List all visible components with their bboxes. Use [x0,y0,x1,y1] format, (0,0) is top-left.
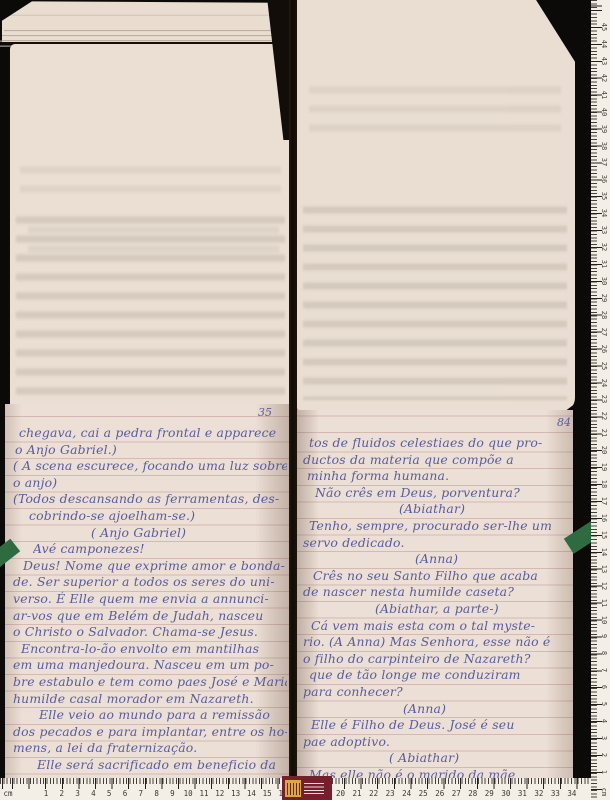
handwritten-line: Elle veio ao mundo para a remissão [39,707,287,724]
ruler-label: 1 [600,766,608,778]
ruler-label: 6 [123,789,128,798]
ruler-label: 32 [534,789,543,798]
handwritten-line: chegava, cai a pedra frontal e apparece [19,425,287,442]
handwritten-line: dos pecados e para implantar, entre os h… [13,724,287,741]
handwritten-line: (Anna) [403,701,571,718]
ruler-label: 34 [567,789,576,798]
bleedthrough-text [16,210,285,406]
ruler-label: 35 [600,190,608,202]
handwritten-line: ( A scena escurece, focando uma luz sobr… [13,458,287,475]
handwritten-line: o Christo o Salvador. Chama-se Jesus. [13,624,287,641]
ruler-label: 10 [184,789,193,798]
handwritten-line: (Abiathar, a parte-) [375,601,571,618]
archive-stamp [282,776,332,800]
blank-verso-page-right [297,0,575,412]
handwritten-line: tos de fluidos celestiaes do que pro- [309,435,571,452]
ruler-label: 34 [600,207,608,219]
ruler-label: 42 [600,72,608,84]
ruler-label: 3 [75,789,80,798]
bleedthrough-text [309,80,561,136]
ruler-label: 24 [600,377,608,389]
ruler-label: 19 [600,461,608,473]
ruler-label: 27 [452,789,461,798]
ruler-label: 17 [600,495,608,507]
handwritten-line: que de tão longe me conduziram [309,667,571,684]
ruler-label: 27 [600,326,608,338]
manuscript-page-right: 84 tos de fluidos celestiaes do que pro-… [297,410,573,778]
handwritten-line: Crês no seu Santo Filho que acaba [313,568,571,585]
handwritten-line: bre estabulo e tem como paes José e Mari… [13,674,287,691]
ruler-label: 1 [44,789,49,798]
ruler-label: 26 [600,343,608,355]
ruler-label: 20 [600,444,608,456]
handwritten-line: minha forma humana. [307,468,571,485]
handwritten-line: o anjo) [13,475,287,492]
ruler-label: 25 [419,789,428,798]
ruler-label: 38 [600,140,608,152]
ruler-label: 10 [600,614,608,626]
ruler-label: 9 [600,630,608,642]
ruler-label: 28 [600,309,608,321]
page-edge-line [2,35,283,37]
ruler-label: 8 [600,647,608,659]
ruler-label: 18 [600,478,608,490]
ruler-label: 21 [353,789,362,798]
ruler-label: 41 [600,89,608,101]
ruler-label: 29 [485,789,494,798]
scale-ruler-vertical: 4544434241403938373635343332313029282726… [591,0,610,800]
ruler-label: 22 [600,410,608,422]
handwritten-line: Elle é Filho de Deus. José é seu [311,717,571,734]
ruler-label: 26 [435,789,444,798]
stacked-page-edge [2,16,284,42]
ruler-label: 39 [600,123,608,135]
handwritten-line: pae adoptivo. [303,734,571,751]
ruler-label: 11 [600,597,608,609]
handwritten-line: servo dedicado. [303,535,571,552]
ruler-label: 37 [600,156,608,168]
ruler-label: 14 [247,789,256,798]
handwritten-line: Elle será sacrificado em beneficio da [37,757,287,774]
handwritten-line: (Anna) [415,551,571,568]
handwritten-line: o Anjo Gabriel.) [15,442,287,459]
ruler-label: cm [3,789,12,798]
ruler-label: 31 [600,258,608,270]
page-number-left: 35 [258,406,272,419]
ruler-label: 16 [600,512,608,524]
bleedthrough-text [303,200,567,400]
ruler-label: 29 [600,292,608,304]
handwritten-line: em uma manjedoura. Nasceu em um po- [13,657,287,674]
ruler-label: 22 [369,789,378,798]
blank-verso-page-left [10,44,289,408]
ruler-label: 7 [139,789,144,798]
handwritten-line: ductos da materia que compõe a [303,452,571,469]
ruler-label: 30 [600,275,608,287]
ruler-label: 2 [600,749,608,761]
page-number-right: 84 [557,416,571,429]
ruler-label: 40 [600,106,608,118]
handwritten-line: ( Abiathar) [389,750,571,767]
handwritten-line: (Todos descansando as ferramentas, des- [13,491,287,508]
ruler-label: 33 [551,789,560,798]
handwritten-line: Cá vem mais esta com o tal myste- [311,618,571,635]
handwritten-line: cobrindo-se ajoelham-se.) [29,508,287,525]
page-edge-line [4,30,282,32]
handwritten-line: ar-vos que em Belém de Judah, nasceu [13,608,287,625]
handwritten-line: Deus! Nome que exprime amor e bonda- [23,558,287,575]
ruler-label: 15 [263,789,272,798]
handwritten-line: mens, a lei da fraternização. [13,740,287,757]
ruler-label: 4 [600,715,608,727]
ruler-label: 20 [336,789,345,798]
ruler-label: 44 [600,38,608,50]
ruler-label: 45 [600,21,608,33]
handwritten-line: humilde casal morador em Nazareth. [13,691,287,708]
handwritten-line: (Abiathar) [399,501,571,518]
ruler-label: 4 [91,789,96,798]
ruler-label: 13 [600,563,608,575]
ruler-label: 14 [600,546,608,558]
ruler-label: 6 [600,681,608,693]
manuscript-page-left: 35 chegava, cai a pedra frontal e appare… [5,404,289,778]
ruler-label: 28 [468,789,477,798]
handwritten-line: Encontra-lo-ão envolto em mantilhas [21,641,287,658]
ruler-label: 7 [600,664,608,676]
ruler-label: 43 [600,55,608,67]
page-edge-line [0,40,284,42]
ruler-label: 2 [60,789,65,798]
ruler-label: 8 [154,789,159,798]
ruler-label: 5 [107,789,112,798]
ruler-label: 13 [231,789,240,798]
archive-building-icon [285,780,301,797]
ruler-label: 23 [386,789,395,798]
binding-seam [289,0,297,800]
handwritten-line: ( Anjo Gabriel) [91,525,287,542]
ruler-label: 5 [600,698,608,710]
ruler-label: 25 [600,360,608,372]
ruler-label: 12 [215,789,224,798]
handwritten-line: Tenho, sempre, procurado ser-lhe um [309,518,571,535]
stamp-text-lines [304,783,324,794]
ruler-label: 12 [600,580,608,592]
ruler-label: 21 [600,427,608,439]
ruler-label: 33 [600,224,608,236]
ruler-label: 36 [600,173,608,185]
handwriting-block-right: tos de fluidos celestiaes do que pro-duc… [303,435,571,783]
handwritten-line: de. Ser superior a todos os seres do uni… [13,574,287,591]
handwritten-line: rio. (A Anna) Mas Senhora, esse não é [303,634,571,651]
handwritten-line: Não crês em Deus, porventura? [315,485,571,502]
ruler-label: 24 [402,789,411,798]
handwriting-block-left: chegava, cai a pedra frontal e appareceo… [13,425,287,773]
ruler-label: 3 [600,732,608,744]
ruler-label: cm [600,786,608,798]
handwritten-line: Avé camponezes! [33,541,287,558]
handwritten-line: verso. É Elle quem me envia a annunci- [13,591,287,608]
bleedthrough-text [28,220,279,260]
ruler-label: 23 [600,393,608,405]
ruler-label: 15 [600,529,608,541]
bleedthrough-text [20,160,281,204]
handwritten-line: o filho do carpinteiro de Nazareth? [303,651,571,668]
handwritten-line: de nascer nesta humilde caseta? [303,584,571,601]
ruler-label: 31 [518,789,527,798]
scanned-notebook-spread: 35 chegava, cai a pedra frontal e appare… [0,0,610,800]
ruler-label: 11 [199,789,208,798]
handwritten-line: para conhecer? [303,684,571,701]
ruler-label: 32 [600,241,608,253]
ruler-label: 9 [170,789,175,798]
ruler-label: 30 [501,789,510,798]
